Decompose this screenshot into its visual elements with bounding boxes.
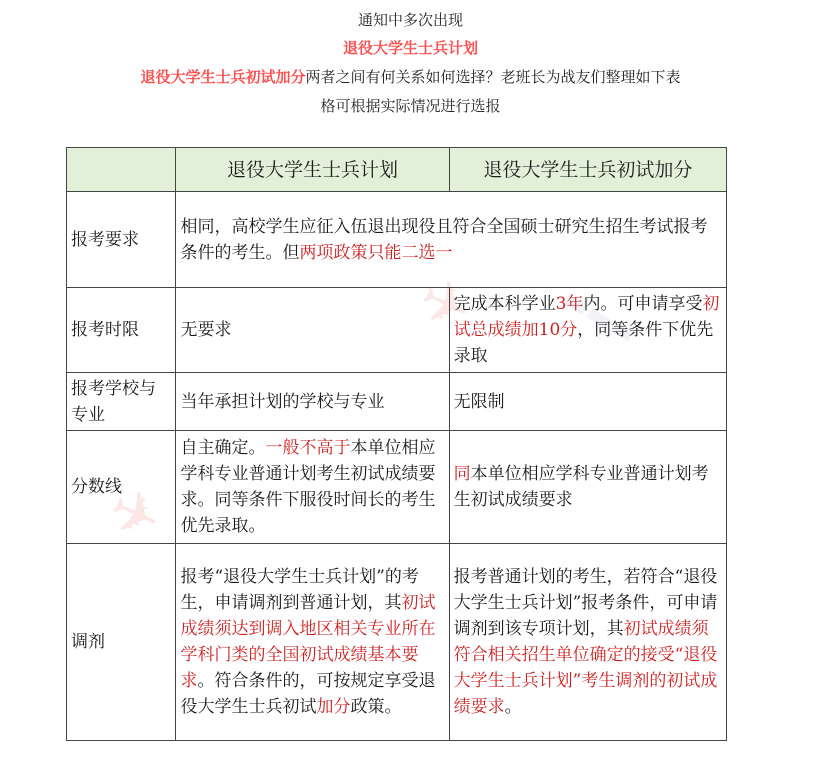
table-row: 调剂报考“退役大学生士兵计划”的考生，申请调剂到普通计划，其初试成绩须达到调入地… (67, 544, 727, 741)
comparison-table-wrapper: 退役大学生士兵计划 退役大学生士兵初试加分 报考要求相同，高校学生应征入伍退出现… (66, 147, 727, 741)
bonus-cell-highlight: 同 (454, 464, 471, 484)
header-empty (67, 148, 176, 192)
plan-cell-text: 当年承担计划的学校与专业 (180, 392, 384, 412)
intro-line-3-highlight: 退役大学生士兵初试加分 (140, 68, 305, 86)
bonus-cell: 完成本科学业3年内。可申请享受初试总成绩加10分，同等条件下优先录取 (449, 288, 726, 373)
bonus-cell-text: 本单位相应学科专业普通计划考生初试成绩要求 (454, 464, 709, 510)
row-label: 调剂 (67, 544, 176, 741)
bonus-cell-highlight: 3年 (556, 294, 584, 314)
row-label: 报考学校与专业 (67, 373, 176, 431)
table-row: 报考要求相同，高校学生应征入伍退出现役且符合全国硕士研究生招生考试报考条件的考生… (67, 192, 727, 288)
table-row: 报考学校与专业当年承担计划的学校与专业无限制 (67, 373, 727, 431)
row-label: 报考要求 (67, 192, 176, 288)
intro-line-4: 格可根据实际情况进行选报 (0, 95, 821, 117)
table-row: 报考时限无要求完成本科学业3年内。可申请享受初试总成绩加10分，同等条件下优先录… (67, 288, 727, 373)
intro-line-1: 通知中多次出现 (0, 9, 821, 31)
bonus-cell: 同本单位相应学科专业普通计划考生初试成绩要求 (449, 431, 726, 544)
merged-cell-highlight: 两项政策只能二选一 (299, 243, 452, 263)
header-bonus: 退役大学生士兵初试加分 (449, 148, 726, 192)
bonus-cell-text: 。 (505, 697, 522, 717)
intro-line-3-text: 两者之间有何关系如何选择？老班长为战友们整理如下表 (306, 68, 681, 86)
row-label: 报考时限 (67, 288, 176, 373)
bonus-cell: 无限制 (449, 373, 726, 431)
plan-cell-text: 自主确定。 (180, 438, 265, 458)
bonus-cell-text: 内。可申请享受 (583, 294, 702, 314)
plan-cell-text: 无要求 (180, 320, 231, 340)
plan-cell-highlight: 加分 (316, 697, 350, 717)
plan-cell: 自主确定。一般不高于本单位相应学科专业普通计划考生初试成绩要求。同等条件下服役时… (176, 431, 449, 544)
plan-cell: 无要求 (176, 288, 449, 373)
bonus-cell-text: 无限制 (454, 392, 505, 412)
intro-line-3: 退役大学生士兵初试加分两者之间有何关系如何选择？老班长为战友们整理如下表 (0, 66, 821, 88)
intro-line-2-highlight: 退役大学生士兵计划 (0, 37, 821, 59)
header-plan: 退役大学生士兵计划 (176, 148, 449, 192)
plan-cell-text: 报考“退役大学生士兵计划”的考生，申请调剂到普通计划，其 (180, 567, 418, 613)
plan-cell: 当年承担计划的学校与专业 (176, 373, 449, 431)
plan-cell-highlight: 一般不高于 (265, 438, 350, 458)
merged-cell: 相同，高校学生应征入伍退出现役且符合全国硕士研究生招生考试报考条件的考生。但两项… (176, 192, 727, 288)
plan-cell: 报考“退役大学生士兵计划”的考生，申请调剂到普通计划，其初试成绩须达到调入地区相… (176, 544, 449, 741)
comparison-table: 退役大学生士兵计划 退役大学生士兵初试加分 报考要求相同，高校学生应征入伍退出现… (66, 147, 727, 741)
table-header-row: 退役大学生士兵计划 退役大学生士兵初试加分 (67, 148, 727, 192)
plan-cell-text: 政策。 (350, 697, 401, 717)
row-label: 分数线 (67, 431, 176, 544)
bonus-cell-text: 完成本科学业 (454, 294, 556, 314)
bonus-cell: 报考普通计划的考生，若符合“退役大学生士兵计划”报考条件，可申请调剂到该专项计划… (449, 544, 726, 741)
table-row: 分数线自主确定。一般不高于本单位相应学科专业普通计划考生初试成绩要求。同等条件下… (67, 431, 727, 544)
